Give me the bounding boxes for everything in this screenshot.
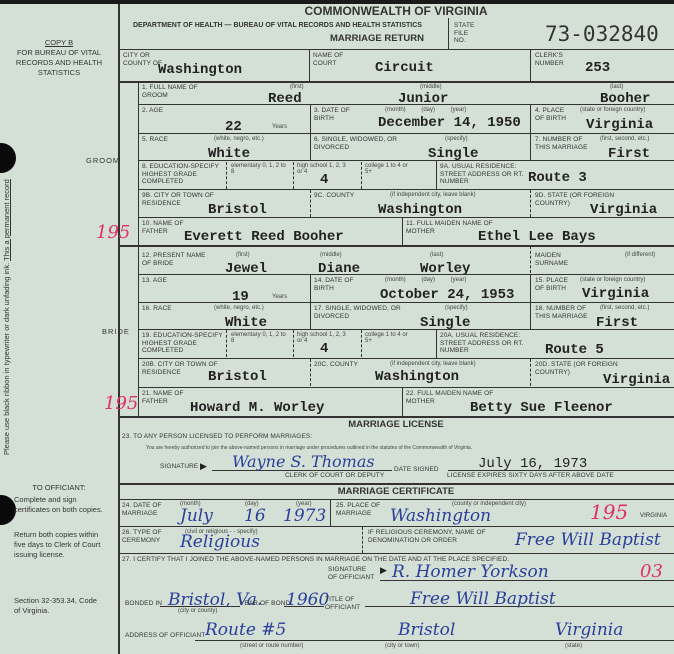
officiant-instruction-1: Complete and sign certificates on both c… <box>14 495 104 515</box>
license-addressee: 23. TO ANY PERSON LICENSED TO PERFORM MA… <box>122 433 312 441</box>
bond-year: 1960 <box>286 590 329 610</box>
place-red-code: 195 <box>590 500 628 524</box>
groom-race-label: 5. RACE <box>142 136 168 144</box>
license-authorization: You are hereby authorized to join the ab… <box>146 445 472 451</box>
court-label: NAME OF COURT <box>313 52 353 67</box>
bride-county: Washington <box>375 369 459 385</box>
groom-education-label: 8. EDUCATION-SPECIFY HIGHEST GRADE COMPL… <box>142 163 228 186</box>
rule <box>118 245 674 247</box>
middle-hint: (middle) <box>320 252 342 258</box>
marriage-month: July <box>180 506 213 526</box>
maiden-hint: (if different) <box>625 252 655 258</box>
bride-red-code: 195 <box>104 393 138 414</box>
last-hint: (last) <box>610 84 623 90</box>
bride-education-value: 4 <box>320 341 328 357</box>
groom-state: Virginia <box>590 202 657 218</box>
rule <box>118 553 674 554</box>
clerk-caption: CLERK OF COURT OR DEPUTY <box>285 472 384 480</box>
rule <box>361 330 362 357</box>
groom-red-code: 195 <box>96 222 130 243</box>
state-file-label: STATE FILE NO. <box>454 22 480 45</box>
rule <box>138 160 674 161</box>
rule <box>118 416 674 418</box>
bride-state: Virginia <box>603 372 670 388</box>
groom-city: Bristol <box>208 202 267 218</box>
marriage-place-label: 25. PLACE OF MARRIAGE <box>336 502 386 517</box>
ceremony-type-label: 26. TYPE OF CEREMONY <box>122 529 172 544</box>
rule <box>402 387 403 416</box>
bride-pob-label: 15. PLACE OF BIRTH <box>535 277 575 292</box>
bride-father-label: 21. NAME OF FATHER <box>142 390 192 405</box>
clerk-number-value: 253 <box>585 60 610 76</box>
last-hint: (last) <box>430 252 443 258</box>
bond-year-label: YEAR OF BOND <box>240 600 290 608</box>
rule <box>195 640 674 641</box>
bride-city: Bristol <box>208 369 267 385</box>
form-title: COMMONWEALTH OF VIRGINIA <box>118 4 674 18</box>
rule <box>402 217 403 245</box>
rule <box>362 527 363 553</box>
bride-age-label: 13. AGE <box>142 277 167 285</box>
officiant-title-label: TITLE OF OFFICIANT <box>325 596 365 611</box>
street-hint: (street or route number) <box>240 643 303 649</box>
pob-hint: (state or foreign country) <box>580 107 645 113</box>
groom-mother: Ethel Lee Bays <box>478 229 596 245</box>
denomination: Free Will Baptist <box>515 530 661 550</box>
license-expiry-note: LICENSE EXPIRES SIXTY DAYS AFTER ABOVE D… <box>447 472 614 480</box>
virginia-label: VIRGINIA <box>640 513 667 521</box>
groom-name-label: 1. FULL NAME OF GROOM <box>142 84 202 99</box>
groom-pob: Virginia <box>586 117 653 133</box>
copy-description: FOR BUREAU OF VITAL RECORDS AND HEALTH S… <box>0 48 118 78</box>
rule <box>138 302 674 303</box>
rule <box>530 104 531 160</box>
rule <box>226 330 227 357</box>
officiant-city: Bristol <box>398 620 455 640</box>
edu-elementary-hint: elementary 0, 1, 2 to 8 <box>231 332 286 344</box>
rule <box>310 190 311 217</box>
edu-elementary-hint: elementary 0, 1, 2 to 8 <box>231 163 286 175</box>
ceremony-type: Religious <box>180 532 260 552</box>
bride-race-label: 16. RACE <box>142 305 172 313</box>
groom-marriage-number-label: 7. NUMBER OF THIS MARRIAGE <box>535 136 595 151</box>
groom-age-label: 2. AGE <box>142 107 163 115</box>
bride-section-label: BRIDE <box>102 327 130 336</box>
officiant-instruction-title: TO OFFICIANT: <box>0 483 118 493</box>
marriage-return-form: COPY B FOR BUREAU OF VITAL RECORDS AND H… <box>0 0 674 654</box>
rule <box>118 526 674 527</box>
bride-county-label: 20c. COUNTY <box>314 361 358 369</box>
rule <box>138 104 674 105</box>
state-file-number: 73-032840 <box>545 22 659 46</box>
groom-street: Route 3 <box>528 170 587 186</box>
rule <box>361 162 362 189</box>
rule <box>530 49 531 82</box>
bride-mother: Betty Sue Fleenor <box>470 400 613 416</box>
edu-college-hint: college 1 to 4 or 5+ <box>365 163 415 175</box>
date-signed-value: July 16, 1973 <box>478 456 587 472</box>
date-signed-label: DATE SIGNED <box>394 466 439 474</box>
officiant-address-label: ADDRESS OF OFFICIANT <box>125 632 205 640</box>
city-hint: (city or town) <box>385 643 419 649</box>
pob-hint: (state or foreign country) <box>580 277 645 283</box>
license-signature-label: SIGNATURE <box>160 463 198 471</box>
officiant-signature: R. Homer Yorkson <box>392 562 549 582</box>
rule <box>530 190 531 217</box>
marriage-day: 16 <box>244 506 266 526</box>
bride-maiden-label: MAIDEN SURNAME <box>535 252 575 267</box>
groom-dob: December 14, 1950 <box>378 115 521 131</box>
rule <box>118 49 674 50</box>
first-hint: (first) <box>236 252 250 258</box>
copy-label: COPY B <box>0 38 118 48</box>
state-hint: (state) <box>565 643 582 649</box>
groom-father: Everett Reed Booher <box>184 229 344 245</box>
arrow-right-icon: ▶ <box>380 565 387 576</box>
rule <box>530 246 531 273</box>
clerk-number-label: CLERK'S NUMBER <box>535 52 575 67</box>
rule <box>138 329 674 330</box>
bride-street: Route 5 <box>545 342 604 358</box>
ink-instruction-note: Please use black ribbon in typewriter or… <box>2 179 11 455</box>
marriage-year: 1973 <box>283 506 326 526</box>
certificate-title: MARRIAGE CERTIFICATE <box>118 486 674 497</box>
groom-county-label: 9c. COUNTY <box>314 192 354 200</box>
rule <box>436 329 437 358</box>
bride-father: Howard M. Worley <box>190 400 324 416</box>
bride-street-label: 20a. USUAL RESIDENCE: STREET ADDRESS OR … <box>440 332 525 355</box>
denomination-label: IF RELIGIOUS CEREMONY, NAME OF DENOMINAT… <box>368 529 508 544</box>
groom-county: Washington <box>378 202 462 218</box>
dob-hints: (month) (day) (year) <box>385 107 466 113</box>
bride-dob: October 24, 1953 <box>380 287 514 303</box>
officiant-signature-label: SIGNATURE OF OFFICIANT <box>328 566 376 581</box>
rule <box>118 81 674 83</box>
bride-pob: Virginia <box>582 286 649 302</box>
marital-hint: (specify) <box>445 136 468 142</box>
rule <box>138 274 674 275</box>
rule <box>118 483 674 485</box>
department-line: DEPARTMENT OF HEALTH — BUREAU OF VITAL R… <box>133 22 422 29</box>
rule <box>138 217 674 218</box>
race-hint: (white, negro, etc.) <box>214 305 264 311</box>
rule <box>138 358 674 359</box>
officiant-title: Free Will Baptist <box>410 589 556 609</box>
code-reference: Section 32-353.34, Code of Virginia. <box>14 596 104 616</box>
bride-marriage-number-label: 18. NUMBER OF THIS MARRIAGE <box>535 305 595 320</box>
rule <box>309 49 310 82</box>
officiant-instruction-2: Return both copies within five days to C… <box>14 530 104 560</box>
rule <box>293 162 294 189</box>
rule <box>310 359 311 386</box>
rule <box>226 162 227 189</box>
groom-education-value: 4 <box>320 172 328 188</box>
first-hint: (first) <box>290 84 304 90</box>
edu-college-hint: college 1 to 4 or 5+ <box>365 332 415 344</box>
bride-education-label: 19. EDUCATION-SPECIFY HIGHEST GRADE COMP… <box>142 332 228 355</box>
city-county-value: Washington <box>158 62 242 78</box>
punch-hole-top <box>0 143 16 173</box>
rule <box>310 104 311 160</box>
bonded-hint: (city or county) <box>178 608 217 614</box>
rule <box>293 330 294 357</box>
clerk-signature: Wayne S. Thomas <box>232 452 375 471</box>
header-divider <box>448 18 449 50</box>
rule <box>138 133 674 134</box>
groom-dob-label: 3. DATE OF BIRTH <box>314 107 359 122</box>
arrow-right-icon: ▶ <box>200 461 207 472</box>
years-label: Years <box>272 294 287 300</box>
rule <box>436 160 437 189</box>
license-title: MARRIAGE LICENSE <box>118 419 674 430</box>
groom-section-label: GROOM <box>86 156 120 165</box>
marriage-no-hint: (first, second, etc.) <box>600 136 649 142</box>
bride-marital-label: 17. SINGLE, WIDOWED, OR DIVORCED <box>314 305 424 320</box>
dob-hints: (month) (day) (year) <box>385 277 466 283</box>
officiant-state: Virginia <box>555 620 623 640</box>
county-hint: (if independent city, leave blank) <box>390 192 476 198</box>
marriage-date-label: 24. DATE OF MARRIAGE <box>122 502 172 517</box>
middle-hint: (middle) <box>420 84 442 90</box>
bride-dob-label: 14. DATE OF BIRTH <box>314 277 359 292</box>
officiant-red-code: 03 <box>640 561 663 582</box>
rule <box>330 499 331 526</box>
court-value: Circuit <box>375 60 434 76</box>
officiant-street: Route #5 <box>205 620 286 640</box>
marriage-place: Washington <box>390 506 491 526</box>
groom-marital-label: 6. SINGLE, WIDOWED, OR DIVORCED <box>314 136 424 151</box>
years-label: Years <box>272 124 287 130</box>
groom-street-label: 9a. USUAL RESIDENCE: STREET ADDRESS OR R… <box>440 163 525 186</box>
groom-pob-label: 4. PLACE OF BIRTH <box>535 107 575 122</box>
marital-hint: (specify) <box>445 305 468 311</box>
race-hint: (white, negro, etc.) <box>214 136 264 142</box>
bride-name-label: 12. PRESENT NAME OF BRIDE <box>142 252 212 267</box>
form-name: MARRIAGE RETURN <box>330 33 424 44</box>
rule <box>138 387 674 388</box>
bonded-in-label: BONDED IN <box>125 600 162 608</box>
marriage-no-hint: (first, second, etc.) <box>600 305 649 311</box>
rule <box>138 189 674 190</box>
rule <box>530 359 531 386</box>
county-hint: (if independent city, leave blank) <box>390 361 476 367</box>
